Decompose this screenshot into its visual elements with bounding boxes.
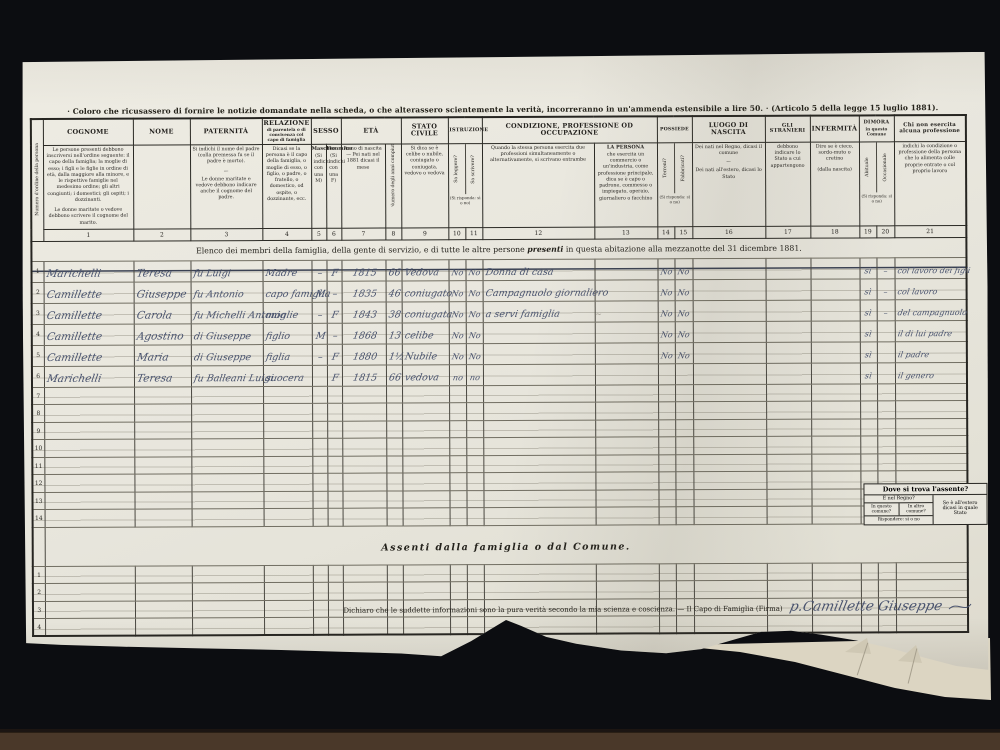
cell-chi — [895, 436, 967, 454]
cell-ter — [658, 490, 675, 508]
cell-persona — [595, 420, 658, 438]
cell-prof — [484, 616, 596, 634]
cell-luogo — [693, 402, 766, 420]
cell-paternita: fu Luigi — [190, 260, 262, 281]
cell-ter: No — [657, 259, 674, 280]
cell-stran — [766, 363, 811, 384]
cell-fab: No — [675, 321, 693, 342]
cell-scrive — [466, 490, 483, 508]
cell-chi: il di lui padre — [895, 320, 967, 341]
cell-f — [328, 508, 343, 526]
cell-nome — [135, 566, 192, 584]
cell-inf — [812, 563, 861, 581]
cell-relazione — [264, 509, 313, 527]
cell-relazione: suocera — [263, 365, 312, 386]
column-possiede-title: POSSIEDE — [657, 116, 692, 143]
cell-stran — [766, 342, 811, 363]
cell-paternita — [191, 491, 263, 509]
cell-stato — [402, 438, 449, 456]
cell-f — [327, 386, 342, 404]
cell-scrive: No — [465, 259, 482, 280]
cell-ter — [659, 616, 676, 634]
cell-paternita — [191, 439, 263, 457]
cell-inf — [811, 363, 860, 384]
cell-stran — [767, 489, 812, 507]
cell-occ: – — [876, 258, 894, 279]
cell-inf — [811, 342, 860, 363]
cell-cognome — [45, 601, 135, 619]
cell-stato — [403, 617, 450, 635]
signature-flourish — [947, 598, 973, 612]
cell-f — [327, 491, 342, 509]
row-number — [33, 527, 45, 566]
cell-cognome — [44, 474, 134, 492]
cell-prof — [483, 455, 595, 473]
cell-anno — [342, 421, 386, 439]
infermita-instructions: Dire se è cieco, sordo-muto o cretino(da… — [810, 142, 859, 226]
absent-answer-note: Rispondere: sì o no — [865, 516, 933, 524]
cell-nome — [134, 404, 191, 422]
cell-persona — [595, 472, 658, 490]
nome-instructions — [133, 145, 190, 229]
cell-fab — [676, 507, 694, 525]
cell-fab — [676, 563, 694, 581]
la-persona-instructions: LA PERSONAche esercita un commercio o un… — [594, 143, 657, 227]
absent-location-box: Dove si trova l'assente? È nel Regno? In… — [863, 483, 987, 526]
cell-abit — [860, 419, 877, 437]
sesso-femmina-header: Femmina(Si indichi con una F) — [326, 144, 341, 228]
cell-persona — [595, 402, 658, 420]
cell-fab — [675, 384, 693, 402]
cell-fab — [675, 402, 693, 420]
cell-ter — [659, 507, 676, 525]
relazione-instructions: Dicasi se la persona è il capo della fam… — [262, 144, 311, 228]
cell-abit: sì — [860, 342, 877, 363]
cell-abit: sì — [860, 363, 877, 384]
cell-nome: Agostino — [134, 324, 191, 345]
cell-luogo — [693, 419, 766, 437]
sesso-maschio-header: Maschio(Si indichi con una M) — [311, 144, 326, 228]
cell-abit: sì — [860, 321, 877, 342]
column-infermita-title: INFERMITÀ — [810, 115, 859, 142]
cell-f — [327, 403, 342, 421]
column-relazione-title: RELAZIONEdi parentela o di convivenza co… — [262, 118, 311, 145]
cell-f — [327, 473, 342, 491]
cell-abit — [860, 436, 877, 454]
cell-chi — [895, 383, 967, 401]
cell-relazione — [263, 456, 312, 474]
cell-cognome — [44, 439, 134, 457]
cell-prof — [483, 420, 595, 438]
cell-stato — [403, 508, 450, 526]
cell-paternita — [191, 404, 263, 422]
cell-cognome — [44, 404, 134, 422]
cell-stato — [403, 565, 450, 583]
cell-abit — [861, 615, 878, 633]
cell-persona: ~ — [595, 301, 658, 322]
cell-m — [312, 439, 327, 457]
cell-persona — [595, 490, 658, 508]
cell-cognome — [44, 422, 134, 440]
cell-nome: Teresa — [133, 261, 190, 282]
cell-occ — [877, 342, 895, 363]
cell-stato: vedova — [402, 365, 449, 386]
row-number: 5 — [32, 345, 44, 366]
cell-ter: No — [658, 322, 675, 343]
cell-occ — [877, 401, 895, 419]
cell-prof — [483, 343, 595, 364]
cognome-instructions: Le persone presenti debbono inscriversi … — [43, 145, 133, 229]
cell-persona — [595, 385, 658, 403]
cell-nome — [135, 509, 192, 527]
cell-prof — [484, 564, 596, 582]
cell-stato: coniugato — [402, 281, 449, 302]
dimora-subheaders: Abituale Occasionale (Si risponda: sì o … — [859, 142, 894, 226]
declaration-text: Dichiaro che le suddette informazioni so… — [343, 605, 782, 615]
cell-m — [313, 509, 328, 527]
cell-luogo — [694, 489, 767, 507]
cell-anno — [343, 565, 387, 583]
photo-of-census-sheet: · Coloro che ricusassero di fornire le n… — [0, 0, 1000, 750]
cell-persona — [594, 259, 657, 280]
cell-f: – — [327, 323, 342, 344]
cell-relazione — [263, 439, 312, 457]
column-paternita-title: PATERNITÀ — [190, 118, 262, 145]
cell-relazione — [263, 386, 312, 404]
column-chi-non-esercita-title: Chi non esercita alcuna professione — [894, 115, 966, 142]
cell-scrive: No — [466, 280, 483, 301]
cell-scrive — [466, 473, 483, 491]
cell-m — [312, 404, 327, 422]
column-stranieri-title: GLI STRANIERI — [765, 116, 810, 143]
cell-persona — [596, 507, 659, 525]
cell-inf — [812, 615, 861, 633]
cell-scrive — [466, 420, 483, 438]
cell-legge: No — [449, 280, 466, 301]
cell-m — [313, 565, 328, 583]
cell-anno — [343, 508, 387, 526]
cell-scrive — [466, 403, 483, 421]
cell-legge — [450, 617, 467, 635]
cell-cognome — [45, 583, 135, 601]
row-number: 2 — [33, 584, 45, 602]
cell-occ — [878, 563, 896, 581]
cell-f — [328, 617, 343, 635]
cell-stran — [767, 615, 812, 633]
cell-luogo — [692, 258, 765, 279]
cell-cognome: Camillette — [44, 324, 134, 345]
cell-scrive: No — [466, 322, 483, 343]
cell-inf — [811, 321, 860, 342]
absent-this-comune-label: In questo comune? — [865, 503, 899, 515]
cell-inf — [811, 401, 860, 419]
cell-ter — [658, 420, 675, 438]
cell-occ: – — [877, 300, 895, 321]
row-number: 7 — [32, 387, 44, 405]
cell-nome: Maria — [134, 345, 191, 366]
cell-ter: No — [658, 301, 675, 322]
cell-scrive — [467, 564, 484, 582]
cell-paternita: fu Balleani Luigi — [191, 365, 263, 386]
cell-m: M — [312, 281, 327, 302]
cell-paternita — [192, 565, 264, 583]
cell-inf — [811, 471, 860, 489]
cell-persona — [595, 437, 658, 455]
cell-abit — [860, 401, 877, 419]
cell-f — [327, 421, 342, 439]
cell-inf — [811, 300, 860, 321]
anni-compiuti-header: Numero degli anni compiuti — [385, 144, 401, 228]
cell-anno: 1815 — [342, 365, 386, 386]
row-number: 12 — [32, 475, 44, 493]
cell-nome — [134, 492, 191, 510]
cell-cognome: Camillette — [44, 282, 134, 303]
cell-anno: 1843 — [342, 302, 386, 323]
cell-m — [313, 618, 328, 636]
cell-m: – — [312, 302, 327, 323]
cell-stato — [402, 473, 449, 491]
cell-luogo — [693, 321, 766, 342]
cell-ter — [658, 472, 675, 490]
cell-occ — [877, 436, 895, 454]
row-number: 4 — [33, 619, 45, 637]
cell-prof — [484, 507, 596, 525]
cell-anni — [387, 565, 403, 583]
cell-paternita — [191, 421, 263, 439]
cell-relazione: moglie — [263, 302, 312, 323]
cell-scrive — [466, 438, 483, 456]
column-luogo-nascita-title: LUOGO DI NASCITA — [692, 116, 765, 143]
cell-occ — [877, 454, 895, 472]
cell-ter — [658, 437, 675, 455]
cell-stran — [766, 436, 811, 454]
cell-inf — [810, 258, 859, 279]
cell-relazione: figlio — [263, 323, 312, 344]
cell-legge: No — [448, 259, 465, 280]
row-number: 3 — [33, 601, 45, 619]
cell-nome — [134, 439, 191, 457]
cell-inf — [811, 454, 860, 472]
absent-section-title: Assenti dalla famiglia o dal Comune. — [381, 542, 631, 554]
cell-anno — [342, 403, 386, 421]
row-number: 2 — [32, 282, 44, 303]
cell-m: – — [311, 260, 326, 281]
cell-anno — [343, 617, 387, 635]
absent-section-band: Assenti dalla famiglia o dal Comune. — [33, 523, 968, 566]
cell-inf — [811, 279, 860, 300]
cell-luogo — [693, 472, 766, 490]
cell-luogo — [693, 363, 766, 384]
cell-m — [312, 421, 327, 439]
cell-ter: No — [658, 280, 675, 301]
declaration-line: Dichiaro che le suddette informazioni so… — [201, 595, 973, 617]
row-number: 10 — [32, 440, 44, 458]
row-number: 1 — [33, 566, 45, 584]
column-cognome-title: COGNOME — [43, 119, 133, 146]
cell-legge — [450, 508, 467, 526]
cell-prof — [483, 437, 595, 455]
cell-luogo — [694, 563, 767, 581]
cell-legge — [449, 385, 466, 403]
column-dimora-title: DIMORAin questo Comune — [859, 115, 894, 142]
cell-paternita — [192, 509, 264, 527]
cell-abit — [860, 454, 877, 472]
cell-stato — [402, 491, 449, 509]
column-istruzione-title: ISTRUZIONE — [448, 117, 482, 144]
cell-cognome — [44, 492, 134, 510]
cell-scrive — [467, 508, 484, 526]
cell-legge — [449, 420, 466, 438]
cell-stran — [766, 471, 811, 489]
cell-inf — [811, 436, 860, 454]
cell-anni — [386, 421, 402, 439]
cell-paternita — [191, 474, 263, 492]
cell-anni: 1½ — [386, 344, 402, 365]
absent-box-title: Dove si trova l'assente? — [864, 484, 986, 496]
cell-cognome — [44, 387, 134, 405]
table-surface — [0, 732, 1000, 750]
cell-luogo — [694, 507, 767, 525]
cell-chi — [896, 562, 968, 580]
stato-civile-instructions: Si dica se è celibe o nubile, coniugato … — [401, 144, 448, 228]
cell-nome: Carola — [134, 303, 191, 324]
cell-anni — [386, 456, 402, 474]
cell-relazione — [263, 474, 312, 492]
absent-other-comune-label: In altro comune? — [898, 503, 933, 515]
cell-f — [327, 456, 342, 474]
empty-row: 4 — [33, 615, 968, 637]
cell-fab: No — [675, 279, 693, 300]
cell-anno: 1815 — [341, 260, 385, 281]
cell-stato: celibe — [402, 323, 449, 344]
cell-nome: Giuseppe — [134, 282, 191, 303]
cell-stran — [766, 454, 811, 472]
row-number: 1 — [31, 261, 43, 282]
cell-legge: No — [449, 343, 466, 364]
cell-ter — [658, 364, 675, 385]
cell-relazione: Madre — [262, 260, 311, 281]
cell-anni — [386, 473, 402, 491]
cell-fab — [676, 616, 694, 634]
cell-luogo — [693, 454, 766, 472]
cell-anno — [342, 491, 386, 509]
stranieri-instructions: debbono indicare lo Stato a cui apparten… — [765, 142, 810, 226]
cell-chi: il padre — [895, 341, 967, 362]
row-number: 11 — [32, 457, 44, 475]
cell-stato — [402, 421, 449, 439]
census-body: Elenco dei membri della famiglia, della … — [31, 237, 968, 636]
cell-inf — [812, 506, 861, 524]
cell-nome — [135, 618, 192, 636]
cell-stato — [402, 456, 449, 474]
cell-chi — [895, 453, 967, 471]
cell-legge — [449, 490, 466, 508]
cell-anno — [342, 473, 386, 491]
cell-f — [328, 565, 343, 583]
cell-fab: No — [675, 300, 693, 321]
row-number: 13 — [32, 492, 44, 510]
cell-fab: No — [675, 342, 693, 363]
cell-scrive — [466, 385, 483, 403]
cell-persona — [595, 364, 658, 385]
cell-paternita — [192, 618, 264, 636]
cell-prof — [483, 322, 595, 343]
cell-anni — [387, 617, 403, 635]
row-number: 8 — [32, 405, 44, 423]
cell-m — [312, 365, 327, 386]
cell-anni — [386, 403, 402, 421]
cell-relazione — [263, 421, 312, 439]
cell-occ — [877, 321, 895, 342]
cell-f — [327, 438, 342, 456]
cell-cognome: Camillette — [44, 303, 134, 324]
cell-stran — [765, 258, 810, 279]
cell-stran — [766, 300, 811, 321]
cell-cognome: Camillette — [44, 345, 134, 366]
cell-m — [312, 474, 327, 492]
cell-paternita: fu Antonio — [191, 281, 263, 302]
cell-relazione — [263, 404, 312, 422]
luogo-nascita-instructions: Dei nati nel Regno, dicasi il comune—Dei… — [692, 142, 765, 226]
cell-anni: 38 — [386, 302, 402, 323]
row-number: 6 — [32, 366, 44, 387]
cell-paternita: di Giuseppe — [191, 344, 263, 365]
cell-legge — [450, 564, 467, 582]
cell-chi: del campagnuolo — [895, 299, 967, 320]
cell-stran — [767, 563, 812, 581]
row-number: 9 — [32, 422, 44, 440]
cell-inf — [811, 384, 860, 402]
row-number: 4 — [32, 324, 44, 345]
cell-abit — [860, 384, 877, 402]
cell-paternita: di Giuseppe — [191, 323, 263, 344]
row-number: 3 — [32, 303, 44, 324]
cell-luogo — [693, 300, 766, 321]
cell-m: M — [312, 323, 327, 344]
cell-fab — [675, 419, 693, 437]
row-number: 14 — [33, 510, 45, 528]
cell-luogo — [693, 437, 766, 455]
cell-anni — [386, 491, 402, 509]
cell-legge — [449, 473, 466, 491]
cell-ter — [658, 402, 675, 420]
cell-cognome: Marichelli — [44, 366, 134, 387]
cell-scrive: No — [466, 301, 483, 322]
cell-ter — [659, 564, 676, 582]
cell-stran — [766, 401, 811, 419]
cell-fab — [675, 454, 693, 472]
condizione-instructions: Quando la stessa persona esercita due pr… — [482, 143, 594, 227]
cell-anni — [386, 386, 402, 404]
cell-anno — [342, 456, 386, 474]
cell-cognome — [44, 457, 134, 475]
cell-cognome — [45, 566, 135, 584]
cell-prof: Campagnuolo giornaliero — [483, 280, 595, 301]
cell-fab — [675, 363, 693, 384]
cell-anno — [342, 438, 386, 456]
cell-paternita — [191, 386, 263, 404]
cell-m — [312, 456, 327, 474]
cell-chi — [895, 418, 967, 436]
cell-stran — [767, 506, 812, 524]
cell-occ — [878, 615, 896, 633]
cell-nome — [135, 601, 192, 619]
column-condizione-title: CONDIZIONE, PROFESSIONE OD OCCUPAZIONE — [482, 116, 657, 143]
cell-anno: 1868 — [342, 323, 386, 344]
paternita-instructions: Si indichi il nome del padre (colla prem… — [190, 145, 262, 229]
cell-fab — [675, 489, 693, 507]
cell-anni — [386, 438, 402, 456]
